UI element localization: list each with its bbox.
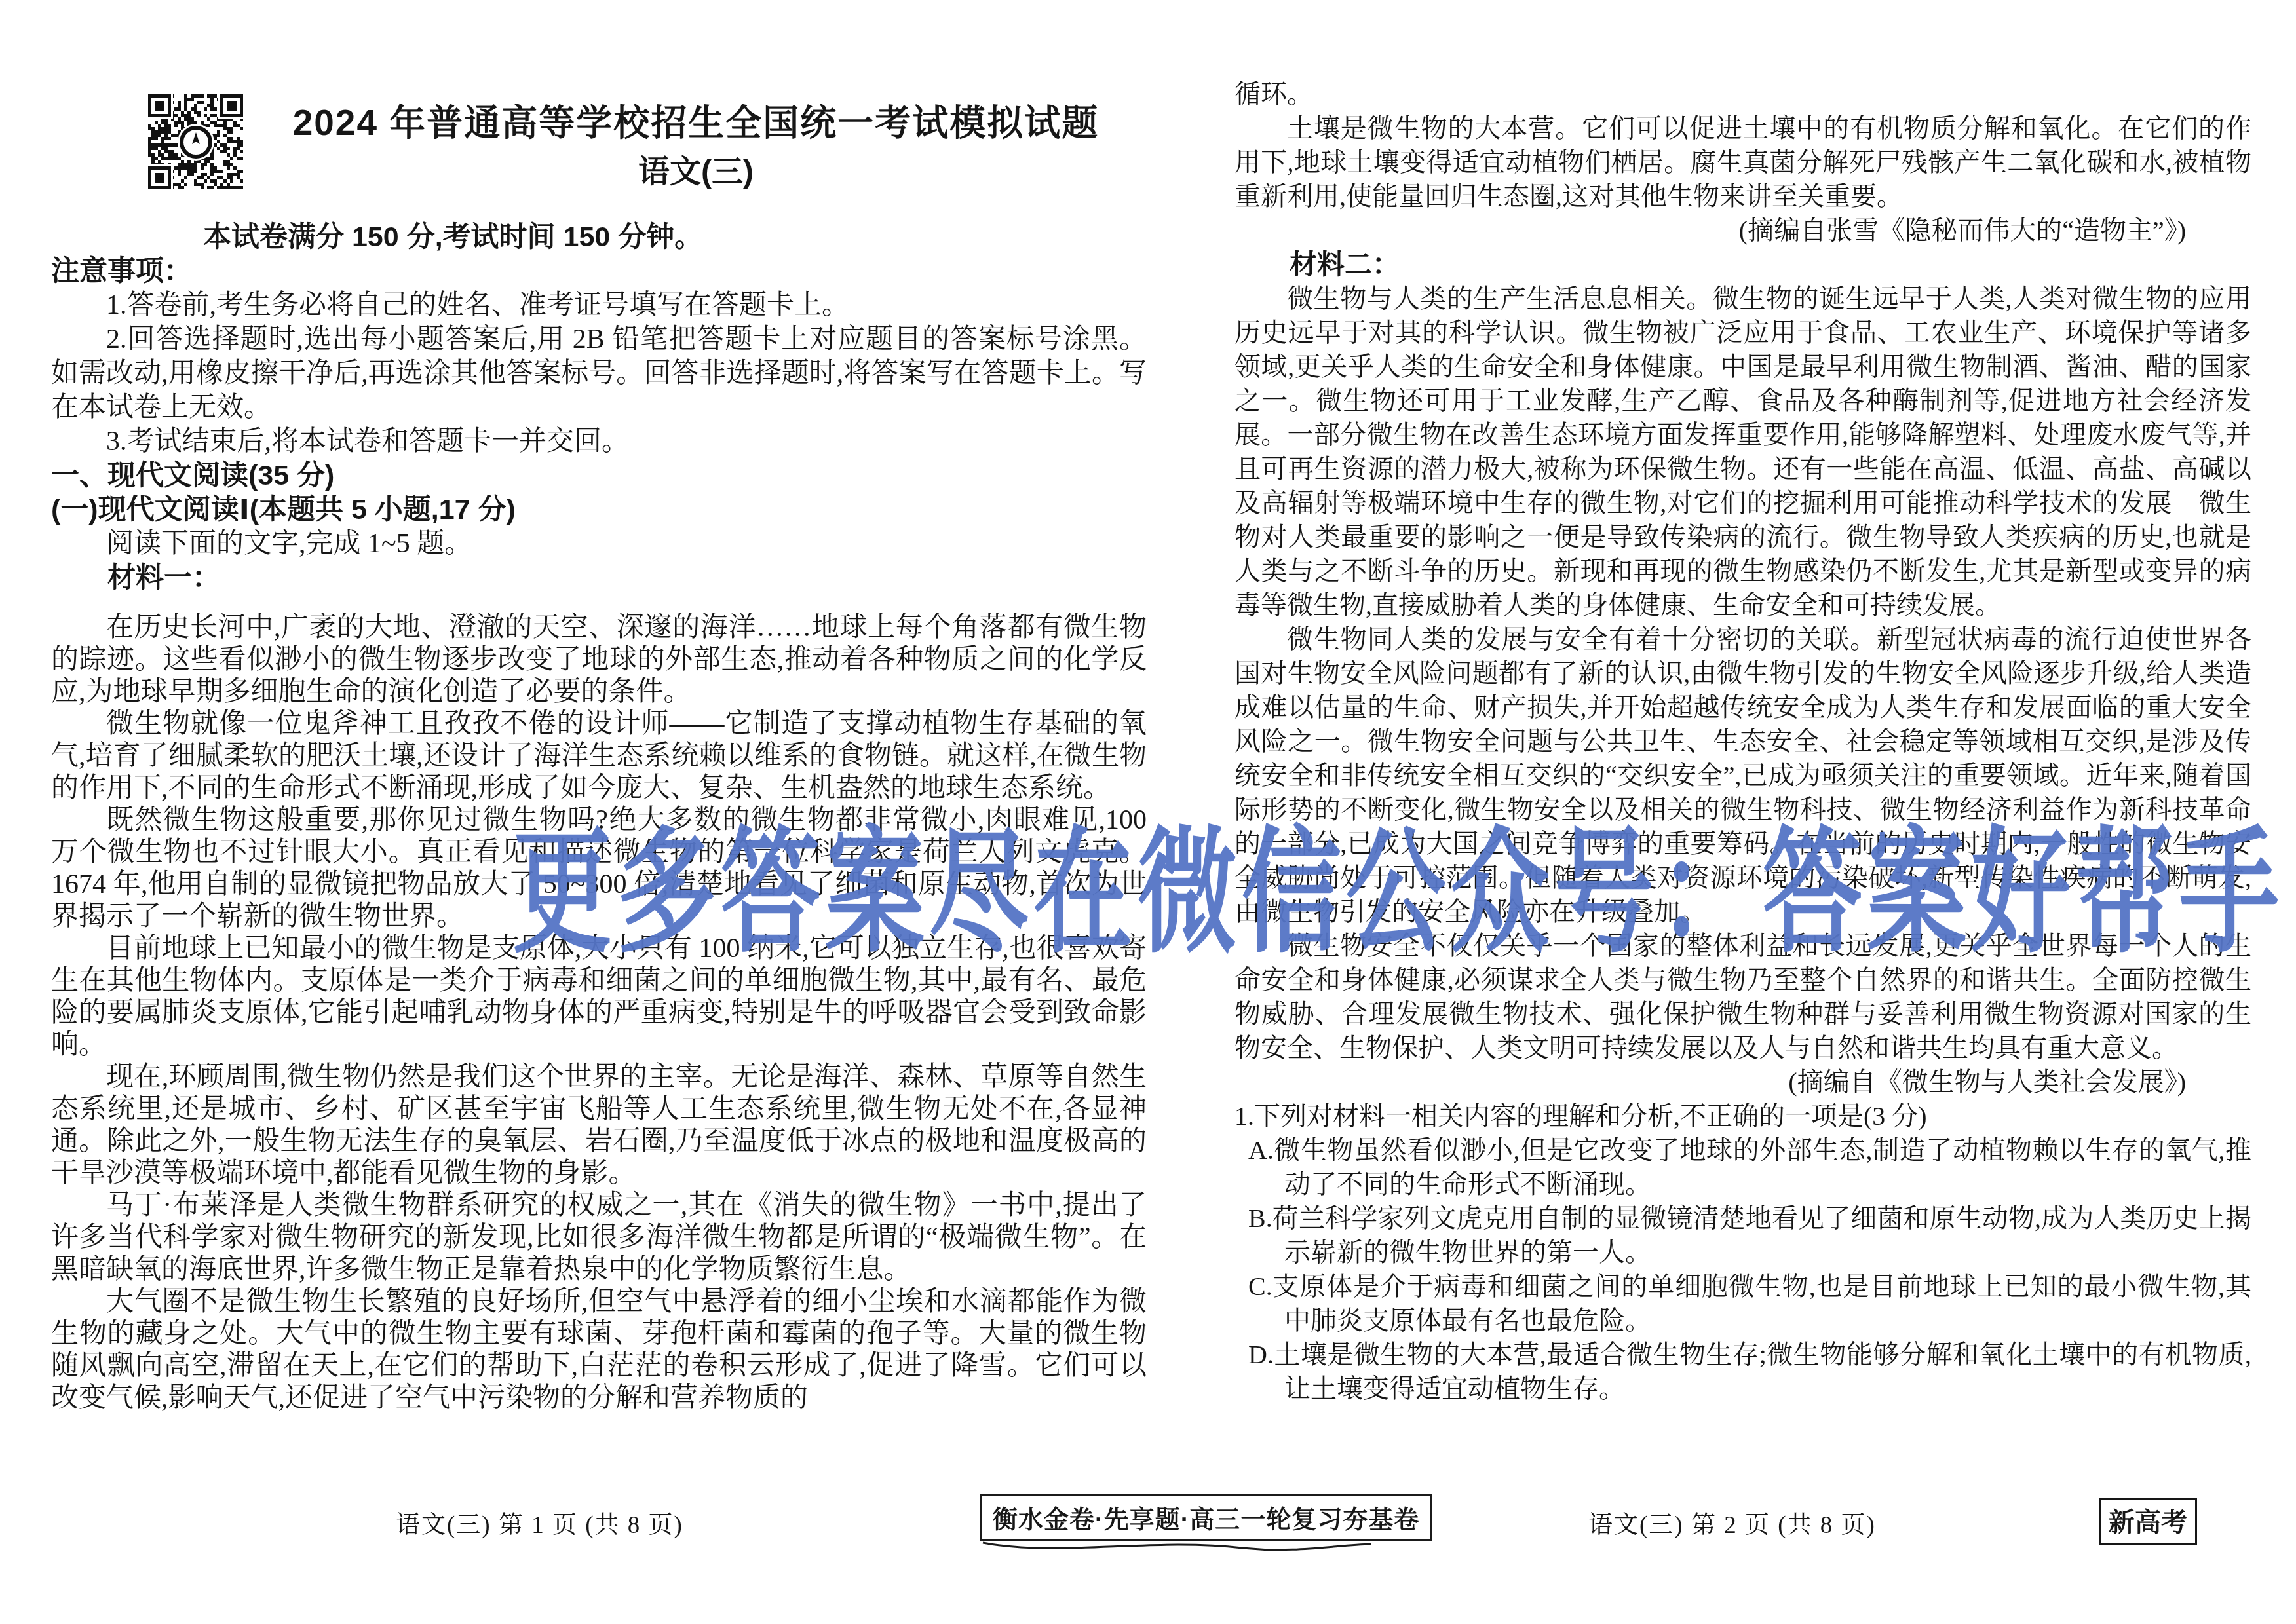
option-label: D. [1248, 1340, 1274, 1369]
option-label: C. [1248, 1272, 1272, 1301]
paragraph: 微生物与人类的生产生活息息相关。微生物的诞生远早于人类,人类对微生物的应用历史远… [1234, 282, 2251, 622]
option-text: 土壤是微生物的大本营,最适合微生物生存;微生物能够分解和氧化土壤中的有机物质,让… [1274, 1340, 2251, 1403]
notice-item: 1.答卷前,考生务必将自己的姓名、准考证号填写在答题卡上。 [51, 288, 1147, 322]
paragraph: 土壤是微生物的大本营。它们可以促进土壤中的有机物质分解和氧化。在它们的作用下,地… [1234, 111, 2251, 214]
reading-instruction: 阅读下面的文字,完成 1~5 题。 [51, 527, 1147, 561]
option-text: 荷兰科学家列文虎克用自制的显微镜清楚地看见了细菌和原生动物,成为人类历史上揭示崭… [1272, 1203, 2251, 1267]
brand-stamp: 衡水金卷·先享题·高三一轮复习夯基卷 [980, 1494, 1432, 1541]
page1-footer: 语文(三) 第 1 页 (共 8 页) [396, 1505, 683, 1540]
option-label: B. [1248, 1203, 1272, 1233]
notice-list: 1.答卷前,考生务必将自己的姓名、准考证号填写在答题卡上。 2.回答选择题时,选… [51, 288, 1147, 459]
option-text: 微生物虽然看似渺小,但是它改变了地球的外部生态,制造了动植物赖以生存的氧气,推动… [1274, 1135, 2251, 1199]
citation: (摘编自《微生物与人类社会发展》) [1234, 1065, 2251, 1099]
section-heading: 一、现代文阅读(35 分) [51, 459, 1147, 493]
notice-item: 2.回答选择题时,选出每小题答案后,用 2B 铅笔把答题卡上对应题目的答案标号涂… [51, 322, 1147, 425]
paragraph: 马丁·布莱泽是人类微生物群系研究的权威之一,其在《消失的微生物》一书中,提出了许… [51, 1190, 1147, 1286]
subsection-heading: (一)现代文阅读Ⅰ(本题共 5 小题,17 分) [51, 493, 1147, 527]
new-gaokao-tag: 新高考 [2099, 1498, 2197, 1545]
option-label: A. [1248, 1135, 1274, 1165]
question1-option-a: A.微生物虽然看似渺小,但是它改变了地球的外部生态,制造了动植物赖以生存的氧气,… [1234, 1133, 2251, 1201]
paragraph: 大气圈不是微生物生长繁殖的良好场所,但空气中悬浮着的细小尘埃和水滴都能作为微生物… [51, 1286, 1147, 1414]
title-block: 2024 年普通高等学校招生全国统一考试模拟试题 语文(三) [245, 84, 1147, 191]
question1-option-c: C.支原体是介于病毒和细菌之间的单细胞微生物,也是目前地球上已知的最小微生物,其… [1234, 1270, 2251, 1338]
exam-info-line: 本试卷满分 150 分,考试时间 150 分钟。 [51, 220, 1147, 254]
question1-stem: 1.下列对材料一相关内容的理解和分析,不正确的一项是(3 分) [1234, 1099, 2251, 1133]
page-2: 循环。 土壤是微生物的大本营。它们可以促进土壤中的有机物质分解和氧化。在它们的作… [1234, 77, 2251, 1406]
exam-paper-scan: { "watermark": { "text": "更多答案尽在微信公众号：答案… [0, 0, 2296, 1624]
question1-option-d: D.土壤是微生物的大本营,最适合微生物生存;微生物能够分解和氧化土壤中的有机物质… [1234, 1338, 2251, 1406]
citation: (摘编自张雪《隐秘而伟大的“造物主”》) [1234, 214, 2251, 248]
paragraph: 在历史长河中,广袤的大地、澄澈的天空、深邃的海洋……地球上每个角落都有微生物的踪… [51, 612, 1147, 708]
page2-footer: 语文(三) 第 2 页 (共 8 页) [1588, 1505, 1876, 1540]
stamp-wave-line [980, 1540, 1373, 1555]
page1-header: 2024 年普通高等学校招生全国统一考试模拟试题 语文(三) [51, 84, 1147, 191]
page-1: 2024 年普通高等学校招生全国统一考试模拟试题 语文(三) 本试卷满分 150… [51, 84, 1147, 1414]
exam-title: 2024 年普通高等学校招生全国统一考试模拟试题 [245, 101, 1147, 144]
option-text: 支原体是介于病毒和细菌之间的单细胞微生物,也是目前地球上已知的最小微生物,其中肺… [1272, 1272, 2251, 1335]
exam-subject: 语文(三) [245, 153, 1147, 191]
notice-item: 3.考试结束后,将本试卷和答题卡一并交回。 [51, 425, 1147, 459]
qr-code-icon [147, 93, 245, 191]
notice-heading: 注意事项： [51, 254, 1147, 288]
material1-body: 在历史长河中,广袤的大地、澄澈的天空、深邃的海洋……地球上每个角落都有微生物的踪… [51, 612, 1147, 1414]
brand-stamp-wrap: 衡水金卷·先享题·高三一轮复习夯基卷 [980, 1494, 1432, 1555]
paragraph: 现在,环顾周围,微生物仍然是我们这个世界的主宰。无论是海洋、森林、草原等自然生态… [51, 1061, 1147, 1190]
material2-heading: 材料二： [1234, 248, 2251, 282]
qr-code [147, 93, 245, 191]
answers-watermark: 更多答案尽在微信公众号：答案好帮手 [512, 785, 2284, 977]
material1-heading: 材料一： [51, 561, 1147, 595]
continuation-line: 循环。 [1234, 77, 2251, 111]
question1-option-b: B.荷兰科学家列文虎克用自制的显微镜清楚地看见了细菌和原生动物,成为人类历史上揭… [1234, 1201, 2251, 1270]
